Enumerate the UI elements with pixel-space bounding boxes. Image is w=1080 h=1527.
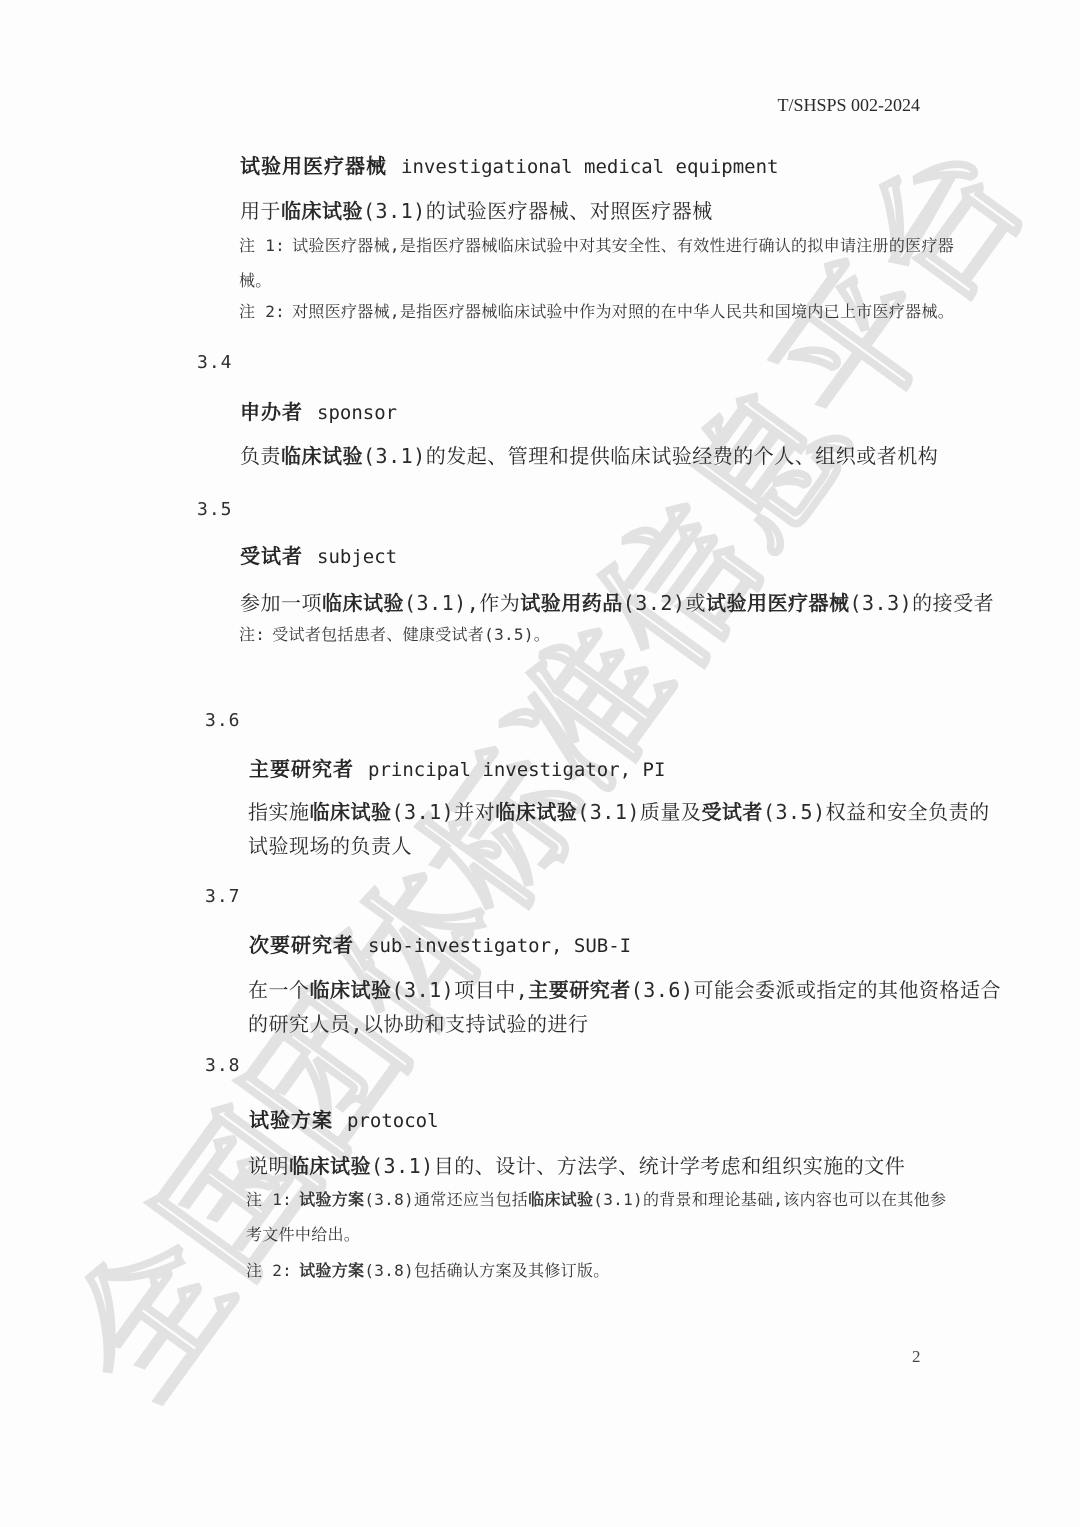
term-3-3-zh: 试验用医疗器械 [240,154,387,178]
note-3-5-label: 注: [239,625,265,644]
term-3-7-zh: 次要研究者 [249,933,354,957]
term-3-6-zh: 主要研究者 [249,757,354,781]
note-3-3-2: 注 2:对照医疗器械,是指医疗器械临床试验中作为对照的在中华人民共和国境内已上市… [239,300,954,324]
section-number-3-7: 3.7 [205,884,241,910]
standard-number-header: T/SHSPS 002-2024 [777,93,920,117]
term-3-8: 试验方案protocol [249,1105,439,1136]
page-number: 2 [912,1346,921,1368]
definition-3-8: 说明临床试验(3.1)目的、设计、方法学、统计学考虑和组织实施的文件 [248,1151,905,1181]
note-3-8-1-label: 注 1: [246,1190,292,1209]
term-3-5-zh: 受试者 [240,544,303,568]
term-3-3-en: investigational medical equipment [401,156,779,178]
note-3-3-1-text: 试验医疗器械,是指医疗器械临床试验中对其安全性、有效性进行确认的拟申请注册的医疗… [292,236,954,255]
definition-3-7-line-2: 的研究人员,以协助和支持试验的进行 [248,1009,589,1039]
definition-3-6-line-1: 指实施临床试验(3.1)并对临床试验(3.1)质量及受试者(3.5)权益和安全负… [248,797,990,827]
definition-3-4: 负责临床试验(3.1)的发起、管理和提供临床试验经费的个人、组织或者机构 [240,441,938,471]
term-3-5-en: subject [317,546,397,568]
note-3-3-2-label: 注 2: [239,302,285,321]
section-number-3-8: 3.8 [205,1053,241,1079]
note-3-8-1-text: 试验方案(3.8)通常还应当包括临床试验(3.1)的背景和理论基础,该内容也可以… [299,1190,946,1209]
note-3-5: 注:受试者包括患者、健康受试者(3.5)。 [239,623,550,647]
definition-3-5: 参加一项临床试验(3.1),作为试验用药品(3.2)或试验用医疗器械(3.3)的… [240,588,994,618]
note-3-8-1-line-1: 注 1:试验方案(3.8)通常还应当包括临床试验(3.1)的背景和理论基础,该内… [246,1188,946,1212]
note-3-3-1-line-1: 注 1:试验医疗器械,是指医疗器械临床试验中对其安全性、有效性进行确认的拟申请注… [239,234,954,258]
term-3-4: 申办者sponsor [240,397,397,428]
document-page: 全国团体标准信息平台 T/SHSPS 002-2024 试验用医疗器械inves… [0,0,1080,1527]
term-3-4-zh: 申办者 [240,400,303,424]
term-3-6: 主要研究者principal investigator, PI [249,754,665,785]
term-3-4-en: sponsor [317,402,397,424]
note-3-5-text: 受试者包括患者、健康受试者(3.5)。 [272,625,550,644]
definition-3-3: 用于临床试验(3.1)的试验医疗器械、对照医疗器械 [240,196,713,226]
note-3-8-1-line-2: 考文件中给出。 [246,1223,360,1247]
section-number-3-4: 3.4 [197,350,233,376]
note-3-8-2-text: 试验方案(3.8)包括确认方案及其修订版。 [299,1261,609,1280]
term-3-7: 次要研究者sub-investigator, SUB-I [249,930,631,961]
note-3-3-2-text: 对照医疗器械,是指医疗器械临床试验中作为对照的在中华人民共和国境内已上市医疗器械… [292,302,954,321]
definition-3-7-line-1: 在一个临床试验(3.1)项目中,主要研究者(3.6)可能会委派或指定的其他资格适… [248,975,1001,1005]
note-3-3-1-line-2: 械。 [239,269,272,293]
section-number-3-6: 3.6 [205,708,241,734]
term-3-7-en: sub-investigator, SUB-I [368,935,631,957]
term-3-8-zh: 试验方案 [249,1108,333,1132]
section-number-3-5: 3.5 [197,497,233,523]
term-3-5: 受试者subject [240,541,397,572]
term-3-8-en: protocol [347,1110,439,1132]
note-3-3-1-label: 注 1: [239,236,285,255]
note-3-8-2-label: 注 2: [246,1261,292,1280]
definition-3-6-line-2: 试验现场的负责人 [248,831,412,861]
term-3-6-en: principal investigator, PI [368,759,665,781]
term-3-3: 试验用医疗器械investigational medical equipment [240,151,779,182]
note-3-8-2: 注 2:试验方案(3.8)包括确认方案及其修订版。 [246,1259,610,1283]
